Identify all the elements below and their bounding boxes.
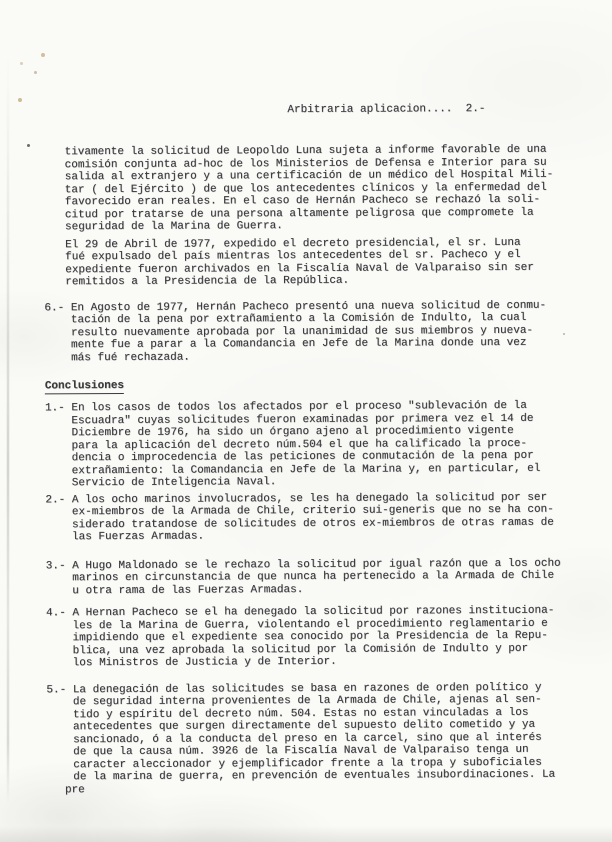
catchword-pre: pre xyxy=(65,781,572,796)
document-body: tivamente la solicitud de Leopoldo Luna … xyxy=(44,144,572,797)
conclusions-heading-row: Conclusiones xyxy=(45,378,570,395)
paragraph-luna-continuation: tivamente la solicitud de Leopoldo Luna … xyxy=(65,144,569,234)
paragraph-decree-april-1977: El 29 de Abril de 1977, expedido el decr… xyxy=(65,236,569,289)
conclusion-item-3: 3.- A Hugo Maldonado se le rechazo la so… xyxy=(46,557,571,597)
conclusions-heading: Conclusiones xyxy=(45,380,124,394)
conclusion-item-1: 1.- En los casos de todos los afectados … xyxy=(45,400,570,490)
page-header-title: Arbitraria aplicacion.... 2.- xyxy=(287,103,485,117)
conclusion-item-5: 5.- La denegación de las solicitudes se … xyxy=(46,681,572,784)
typewritten-text-layer: Arbitraria aplicacion.... 2.- tivamente … xyxy=(0,0,612,842)
conclusion-item-2: 2.- A los ocho marinos involucrados, se … xyxy=(45,491,570,544)
conclusion-item-4: 4.- A Hernan Pacheco se el ha denegado l… xyxy=(46,605,571,670)
scanned-page: Arbitraria aplicacion.... 2.- tivamente … xyxy=(0,0,612,842)
numbered-item-6: 6.- En Agosto de 1977, Hernán Pacheco pr… xyxy=(44,299,569,364)
